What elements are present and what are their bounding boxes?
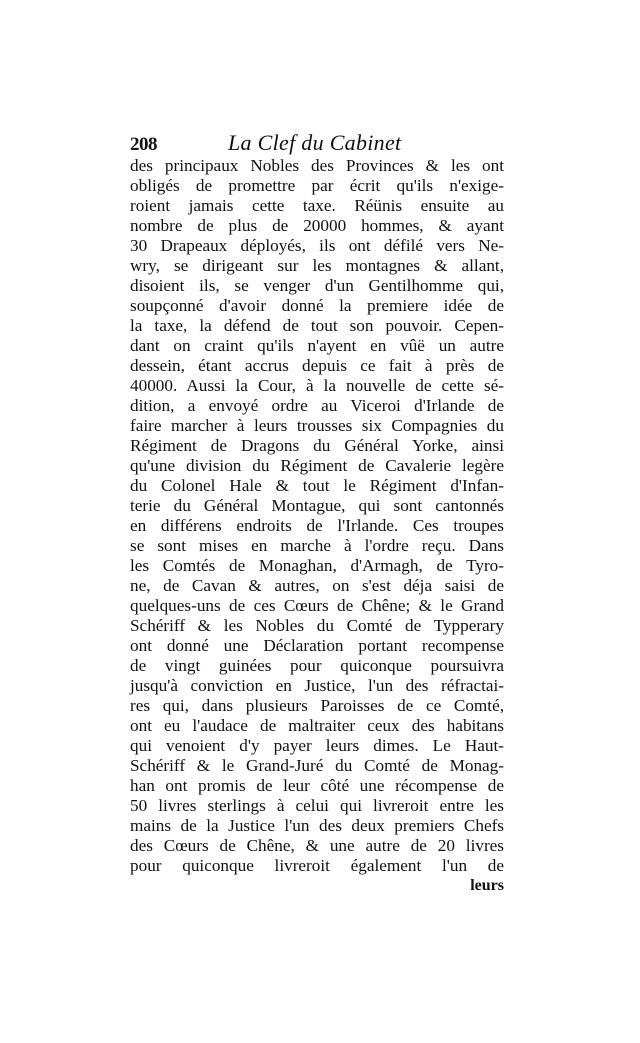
text-line: obligés de promettre par écrit qu'ils n'… bbox=[130, 176, 504, 196]
text-line: res qui, dans plusieurs Paroisses de ce … bbox=[130, 696, 504, 716]
text-line: qu'une division du Régiment de Cavalerie… bbox=[130, 456, 504, 476]
text-line: des principaux Nobles des Provinces & le… bbox=[130, 156, 504, 176]
running-title: La Clef du Cabinet bbox=[228, 132, 401, 154]
text-line: soupçonné d'avoir donné la premiere idée… bbox=[130, 296, 504, 316]
text-line: des Cœurs de Chêne, & une autre de 20 li… bbox=[130, 836, 504, 856]
text-line: terie du Général Montague, qui sont cant… bbox=[130, 496, 504, 516]
text-line: pour quiconque livreroit également l'un … bbox=[130, 856, 504, 876]
text-line: 40000. Aussi la Cour, à la nouvelle de c… bbox=[130, 376, 504, 396]
text-line: faire marcher à leurs trousses six Compa… bbox=[130, 416, 504, 436]
text-line: dition, a envoyé ordre au Viceroi d'Irla… bbox=[130, 396, 504, 416]
text-line: en différens endroits de l'Irlande. Ces … bbox=[130, 516, 504, 536]
catchword: leurs bbox=[130, 876, 504, 896]
text-line: se sont mises en marche à l'ordre reçu. … bbox=[130, 536, 504, 556]
text-line: les Comtés de Monaghan, d'Armagh, de Tyr… bbox=[130, 556, 504, 576]
text-line: la taxe, la défend de tout son pouvoir. … bbox=[130, 316, 504, 336]
text-line: 50 livres sterlings à celui qui livreroi… bbox=[130, 796, 504, 816]
body-text: des principaux Nobles des Provinces & le… bbox=[130, 156, 504, 876]
text-line: ont eu l'audace de maltraiter ceux des h… bbox=[130, 716, 504, 736]
text-line: jusqu'à conviction en Justice, l'un des … bbox=[130, 676, 504, 696]
text-line: dant on craint qu'ils n'ayent en vûë un … bbox=[130, 336, 504, 356]
text-line: nombre de plus de 20000 hommes, & ayant bbox=[130, 216, 504, 236]
text-line: wry, se dirigeant sur les montagnes & al… bbox=[130, 256, 504, 276]
text-line: roient jamais cette taxe. Réünis ensuite… bbox=[130, 196, 504, 216]
book-page: 208 La Clef du Cabinet des principaux No… bbox=[130, 134, 504, 896]
text-line: mains de la Justice l'un des deux premie… bbox=[130, 816, 504, 836]
text-line: quelques-uns de ces Cœurs de Chêne; & le… bbox=[130, 596, 504, 616]
text-line: Régiment de Dragons du Général Yorke, ai… bbox=[130, 436, 504, 456]
text-line: de vingt guinées pour quiconque poursuiv… bbox=[130, 656, 504, 676]
running-head: 208 La Clef du Cabinet bbox=[130, 134, 504, 156]
text-line: dessein, étant accrus depuis ce fait à p… bbox=[130, 356, 504, 376]
text-line: Schériff & le Grand-Juré du Comté de Mon… bbox=[130, 756, 504, 776]
text-line: Schériff & les Nobles du Comté de Typper… bbox=[130, 616, 504, 636]
text-line: ont donné une Déclaration portant recomp… bbox=[130, 636, 504, 656]
text-line: du Colonel Hale & tout le Régiment d'Inf… bbox=[130, 476, 504, 496]
text-line: ne, de Cavan & autres, on s'est déja sai… bbox=[130, 576, 504, 596]
page-number: 208 bbox=[130, 134, 157, 156]
text-line: han ont promis de leur côté une récompen… bbox=[130, 776, 504, 796]
text-line: disoient ils, se venger d'un Gentilhomme… bbox=[130, 276, 504, 296]
text-line: 30 Drapeaux déployés, ils ont défilé ver… bbox=[130, 236, 504, 256]
text-line: qui venoient d'y payer leurs dimes. Le H… bbox=[130, 736, 504, 756]
